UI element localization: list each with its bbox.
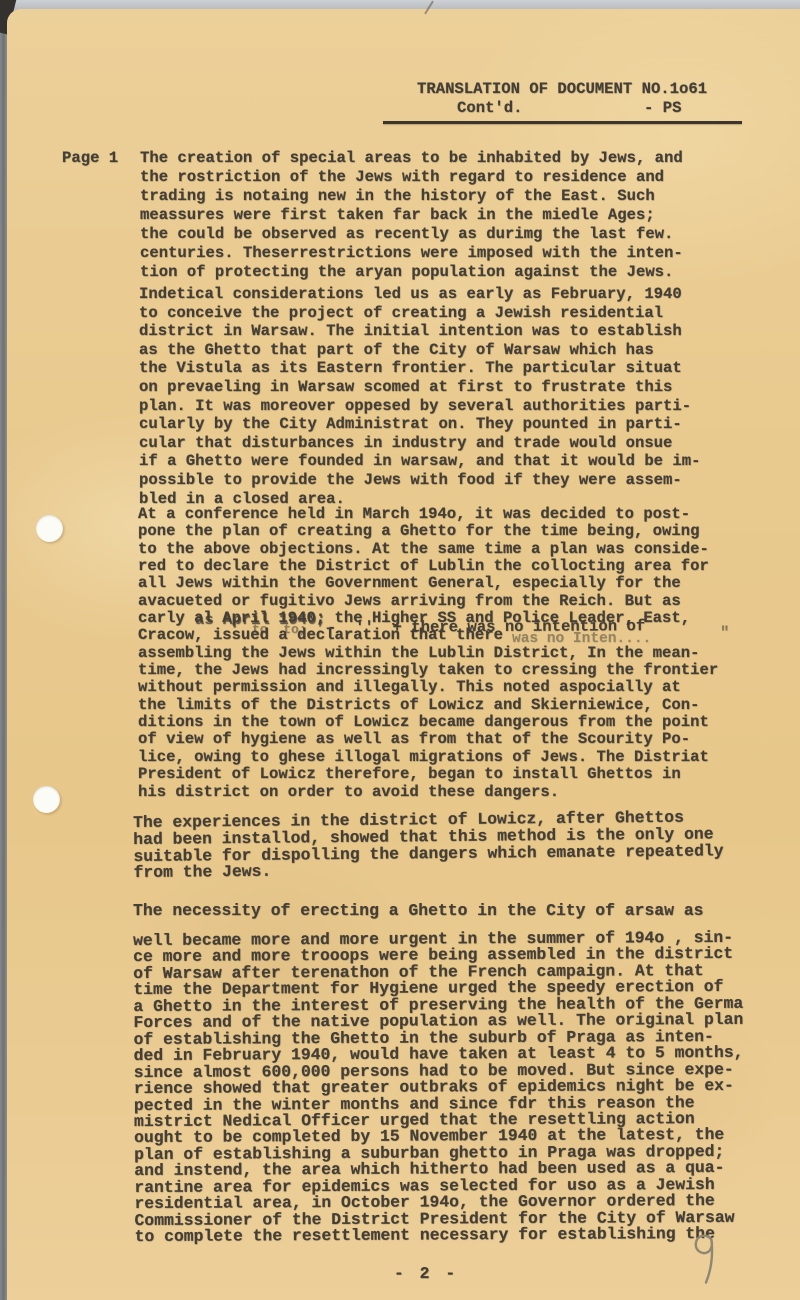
text-line: meassures were first taken far back in t… xyxy=(140,206,683,225)
text-line: all Jews within the Government General, … xyxy=(138,575,718,592)
text-line: trading is notaing new in the history of… xyxy=(140,187,683,206)
header-ps: - PS xyxy=(644,99,681,118)
page-number: - 2 - xyxy=(394,1266,458,1282)
text-line: cularly by the City Administrat on. They… xyxy=(139,415,700,434)
text-line: avacueted or fugitivo Jews arriving from… xyxy=(138,593,718,610)
text-line: plan. It was moreover oppesed by several… xyxy=(139,397,700,416)
text-line: his district on order to avoid these dan… xyxy=(138,784,718,801)
text-line: The necessity of erecting a Ghetto in th… xyxy=(133,903,704,919)
text-line: The creation of special areas to be inha… xyxy=(140,149,683,168)
header-underline xyxy=(383,121,742,124)
text-line: the Vistula as its Eastern frontier. The… xyxy=(139,359,700,378)
text-line: district in Warsaw. The initial intentio… xyxy=(139,322,700,341)
paragraph-6: well became more and more urgent in the … xyxy=(133,930,744,1246)
text-line: possible to provide the Jews with food i… xyxy=(139,471,700,490)
text-line: to complete the resettlement necessary f… xyxy=(135,1226,745,1246)
text-line: as the Ghetto that part of the City of W… xyxy=(139,341,700,360)
text-line: time, the Jews had incressingly taken to… xyxy=(138,662,718,679)
text-line: tion of protecting the aryan population … xyxy=(140,263,683,282)
text-line: on prevaeling in Warsaw scomed at first … xyxy=(139,378,700,397)
punch-hole-bottom xyxy=(33,786,60,813)
text-line: centuries. Theserrestrictions were impos… xyxy=(140,244,683,263)
text-line: cular that disturbances in industry and … xyxy=(139,434,700,453)
text-line: At a conference held in March 194o, it w… xyxy=(138,506,718,523)
text-line: without permission and illegally. This n… xyxy=(138,679,718,696)
text-line: the rostriction of the Jews with regard … xyxy=(140,168,683,187)
text-line: if a Ghetto were founded in warsaw, and … xyxy=(139,452,700,471)
paragraph-5: The necessity of erecting a Ghetto in th… xyxy=(133,903,704,919)
handwritten-nine xyxy=(688,1230,722,1288)
text-line: red to declare the District of Lublin th… xyxy=(138,558,718,575)
paragraph-4: The experiences in the district of Lowic… xyxy=(133,809,724,882)
text-line: of view of hygiene as well as from that … xyxy=(138,731,718,748)
overstrike-ghost-quote: " xyxy=(720,624,729,642)
overstrike-april-under: to to; xyxy=(252,622,307,637)
overstrike-ghost-tail: was no Inten.... xyxy=(512,631,651,647)
text-line: President of Lowicz therefore, began to … xyxy=(138,766,718,783)
text-line: the limits of the Districts of Lowicz an… xyxy=(138,697,718,714)
header-title: TRANSLATION OF DOCUMENT NO.1o61 xyxy=(417,80,707,99)
text-line: assembling the Jews within the Lublin Di… xyxy=(138,645,718,662)
header-contd: Cont'd. xyxy=(457,99,523,118)
text-line: Indetical considerations led us as early… xyxy=(139,285,700,304)
text-line: ditions in the town of Lowicz became dan… xyxy=(138,714,718,731)
text-line: pone the plan of creating a Ghetto for t… xyxy=(138,523,718,540)
text-line: lice, owing to ghese illogal migrations … xyxy=(138,749,718,766)
text-line: to the above objections. At the same tim… xyxy=(138,541,718,558)
punch-hole-top xyxy=(36,515,63,542)
text-line: the could be observed as recently as dur… xyxy=(140,225,683,244)
paragraph-3: At a conference held in March 194o, it w… xyxy=(138,506,718,801)
text-line: to conceive the project of creating a Je… xyxy=(139,304,700,323)
paragraph-2: Indetical considerations led us as early… xyxy=(139,285,700,508)
paragraph-1: The creation of special areas to be inha… xyxy=(140,149,683,282)
page-label: Page 1 xyxy=(62,149,118,168)
